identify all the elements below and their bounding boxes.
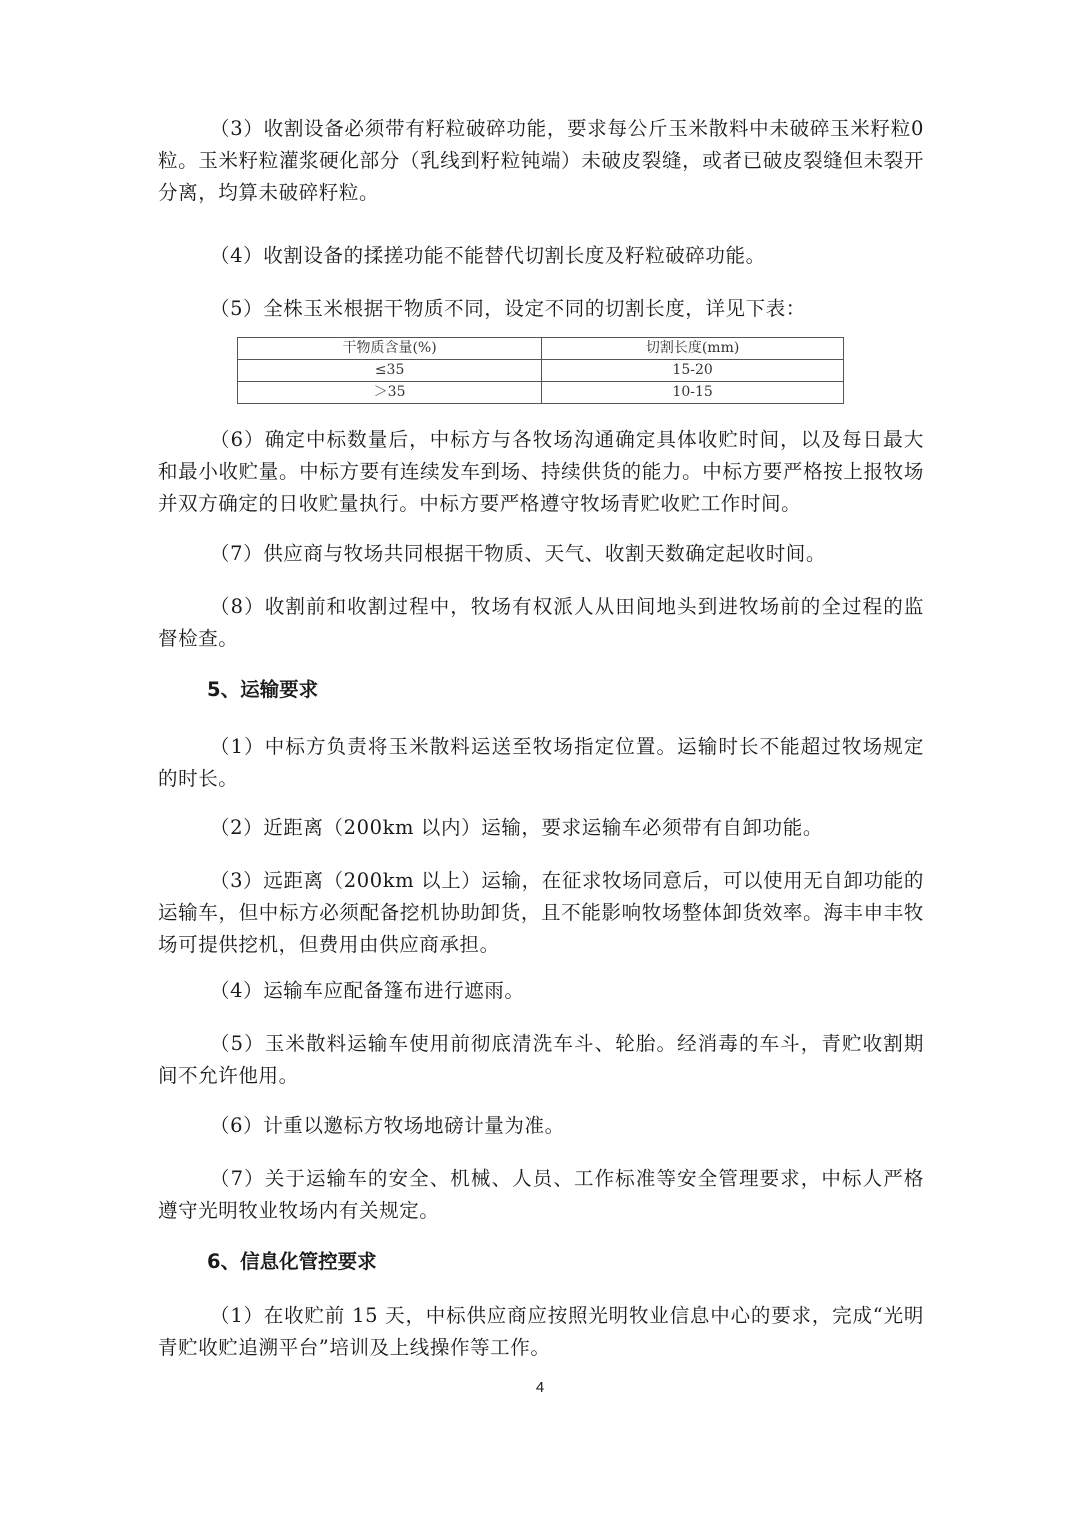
paragraph-transport-2: （2）近距离（200km 以内）运输，要求运输车必须带有自卸功能。 xyxy=(158,812,924,844)
paragraph-harvest-3: （3）收割设备必须带有籽粒破碎功能，要求每公斤玉米散料中未破碎玉米籽粒0粒。玉米… xyxy=(158,113,924,209)
paragraph-transport-1: （1）中标方负责将玉米散料运送至牧场指定位置。运输时长不能超过牧场规定的时长。 xyxy=(158,731,924,795)
paragraph-harvest-5: （5）全株玉米根据干物质不同，设定不同的切割长度，详见下表： xyxy=(158,293,924,325)
table-row: ≤35 15-20 xyxy=(238,360,844,382)
paragraph-harvest-6: （6）确定中标数量后，中标方与各牧场沟通确定具体收贮时间，以及每日最大和最小收贮… xyxy=(158,424,924,520)
document-page: （3）收割设备必须带有籽粒破碎功能，要求每公斤玉米散料中未破碎玉米籽粒0粒。玉米… xyxy=(0,0,1080,1527)
paragraph-harvest-4: （4）收割设备的揉搓功能不能替代切割长度及籽粒破碎功能。 xyxy=(158,240,924,272)
table-cell: 15-20 xyxy=(542,360,844,382)
table-cell: ≤35 xyxy=(238,360,542,382)
paragraph-transport-7: （7）关于运输车的安全、机械、人员、工作标准等安全管理要求，中标人严格遵守光明牧… xyxy=(158,1163,924,1227)
table-header-row: 干物质含量(%) 切割长度(mm) xyxy=(238,338,844,360)
paragraph-transport-4: （4）运输车应配备篷布进行遮雨。 xyxy=(158,975,924,1007)
paragraph-transport-3: （3）远距离（200km 以上）运输，在征求牧场同意后，可以使用无自卸功能的运输… xyxy=(158,865,924,961)
paragraph-transport-5: （5）玉米散料运输车使用前彻底清洗车斗、轮胎。经消毒的车斗，青贮收割期间不允许他… xyxy=(158,1028,924,1092)
paragraph-harvest-8: （8）收割前和收割过程中，牧场有权派人从田间地头到进牧场前的全过程的监督检查。 xyxy=(158,591,924,655)
table-header-cut-length: 切割长度(mm) xyxy=(542,338,844,360)
table-row: ＞35 10-15 xyxy=(238,382,844,404)
table-cell: 10-15 xyxy=(542,382,844,404)
table-cell: ＞35 xyxy=(238,382,542,404)
table-header-dry-matter: 干物质含量(%) xyxy=(238,338,542,360)
cutting-length-table: 干物质含量(%) 切割长度(mm) ≤35 15-20 ＞35 10-15 xyxy=(237,337,844,404)
page-number: 4 xyxy=(0,1379,1080,1396)
paragraph-harvest-7: （7）供应商与牧场共同根据干物质、天气、收割天数确定起收时间。 xyxy=(158,538,924,570)
paragraph-transport-6: （6）计重以邀标方牧场地磅计量为准。 xyxy=(158,1110,924,1142)
section-5-heading: 5、运输要求 xyxy=(207,674,318,706)
section-6-heading: 6、信息化管控要求 xyxy=(207,1246,377,1278)
paragraph-info-1: （1）在收贮前 15 天，中标供应商应按照光明牧业信息中心的要求，完成“光明青贮… xyxy=(158,1300,924,1364)
